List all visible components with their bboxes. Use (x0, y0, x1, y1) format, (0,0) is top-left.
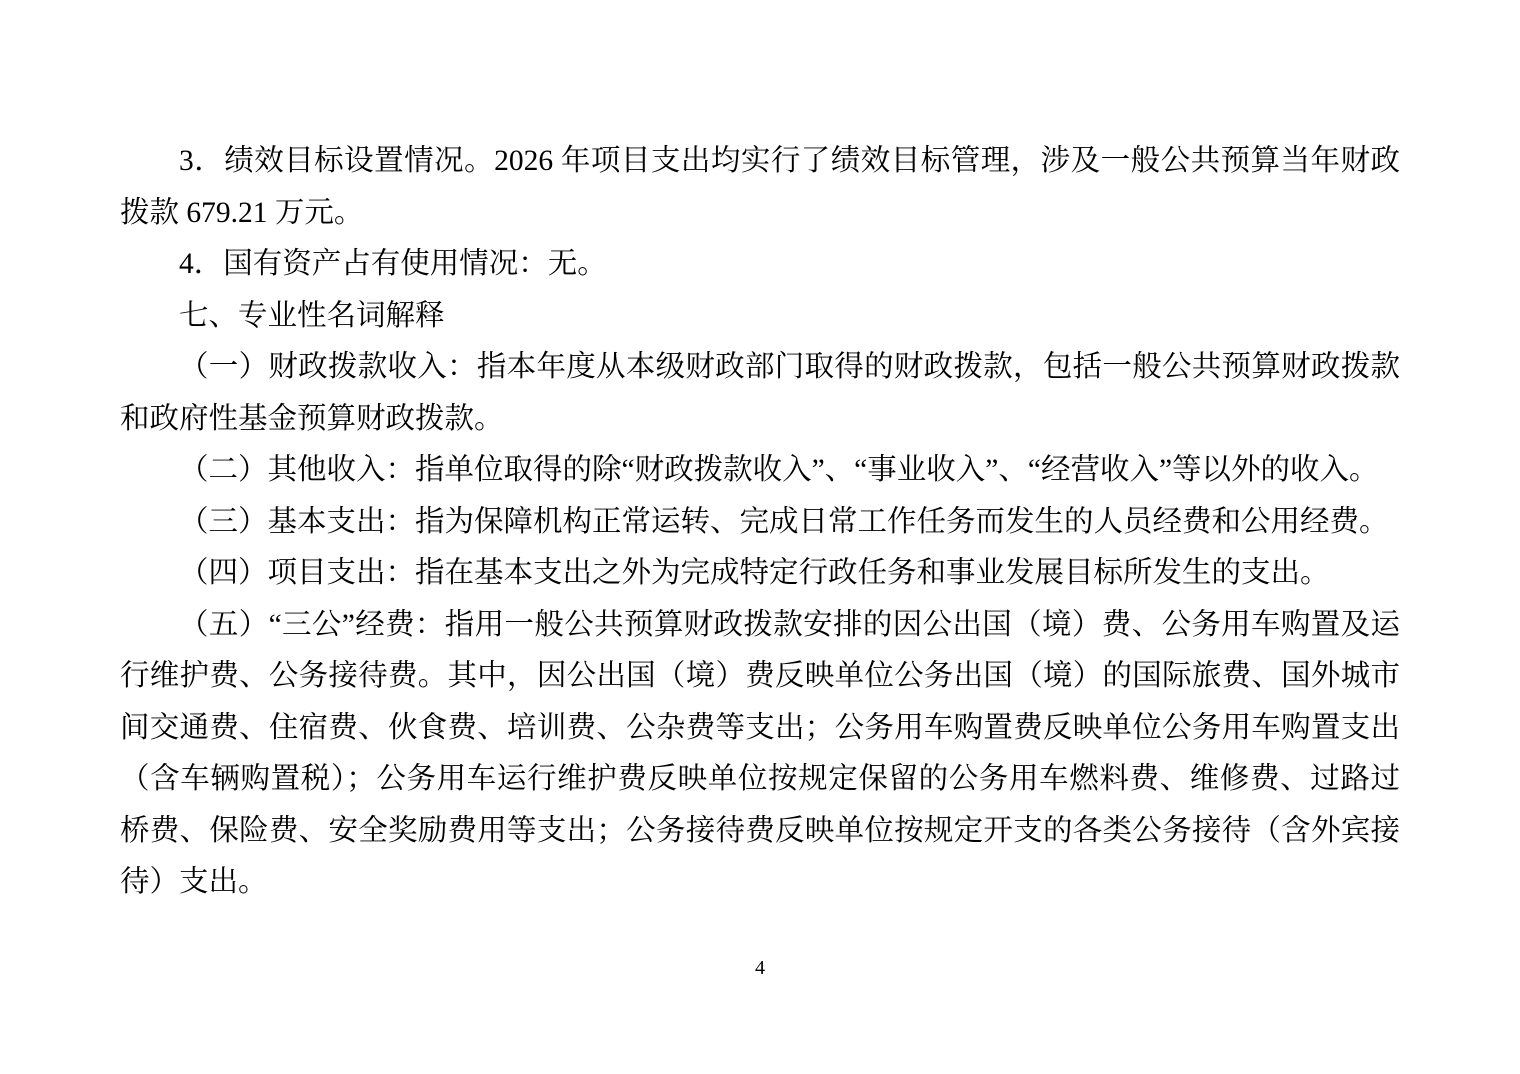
section-heading-glossary: 七、专业性名词解释 (120, 291, 1400, 343)
paragraph-term-basic-expenditure: （三）基本支出：指为保障机构正常运转、完成日常工作任务而发生的人员经费和公用经费… (120, 497, 1400, 549)
paragraph-term-three-public-funds: （五）“三公”经费：指用一般公共预算财政拨款安排的因公出国（境）费、公务用车购置… (120, 600, 1400, 909)
page-footer: 4 (0, 956, 1520, 980)
paragraph-term-project-expenditure: （四）项目支出：指在基本支出之外为完成特定行政任务和事业发展目标所发生的支出。 (120, 548, 1400, 600)
paragraph-performance-targets: 3．绩效目标设置情况。2026 年项目支出均实行了绩效目标管理，涉及一般公共预算… (120, 136, 1400, 239)
paragraph-term-other-income: （二）其他收入：指单位取得的除“财政拨款收入”、“事业收入”、“经营收入”等以外… (120, 445, 1400, 497)
document-body: 3．绩效目标设置情况。2026 年项目支出均实行了绩效目标管理，涉及一般公共预算… (120, 136, 1400, 909)
paragraph-term-fiscal-appropriation-income: （一）财政拨款收入：指本年度从本级财政部门取得的财政拨款，包括一般公共预算财政拨… (120, 342, 1400, 445)
paragraph-state-assets-usage: 4．国有资产占有使用情况：无。 (120, 239, 1400, 291)
page-number: 4 (755, 957, 765, 979)
document-page: 3．绩效目标设置情况。2026 年项目支出均实行了绩效目标管理，涉及一般公共预算… (0, 0, 1520, 1074)
